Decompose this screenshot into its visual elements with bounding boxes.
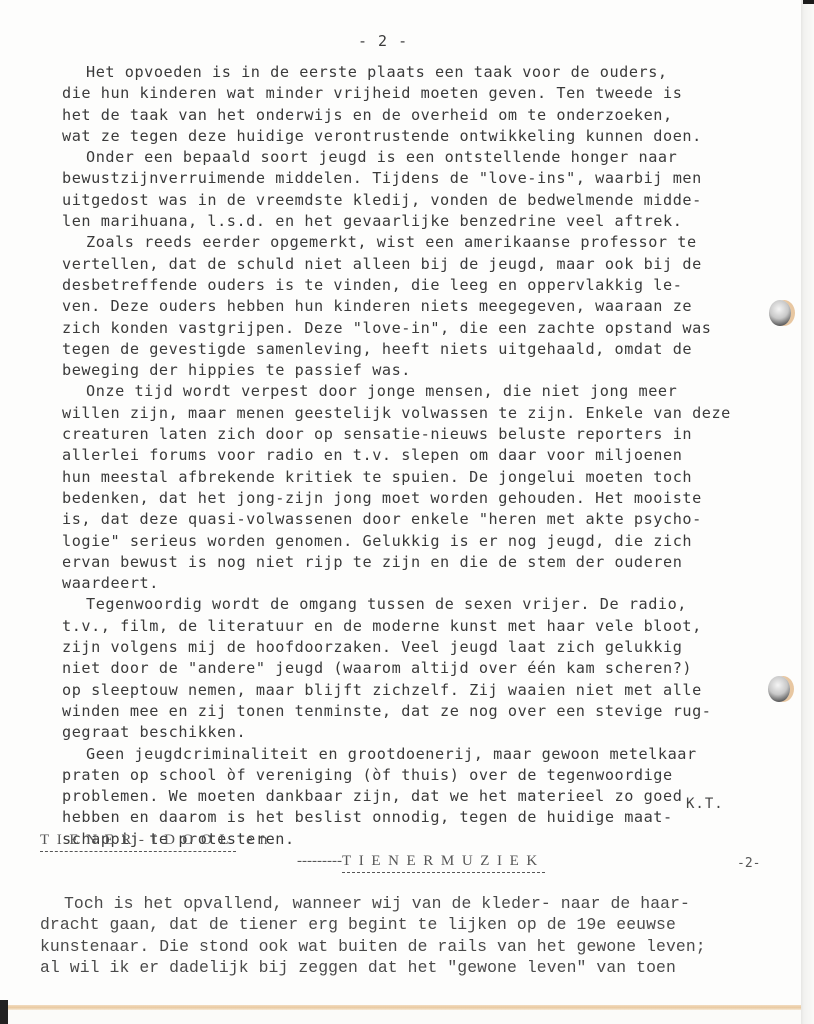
scan-corner bbox=[0, 1000, 8, 1024]
text-line: beweging der hippies te passief was. bbox=[62, 360, 731, 381]
text-line: bewustzijnverruimende middelen. Tijdens … bbox=[62, 168, 731, 189]
text-line: dracht gaan, dat de tiener erg begint te… bbox=[40, 914, 706, 935]
article-2-body: Toch is het opvallend, wanneer wij van d… bbox=[40, 893, 706, 978]
text-line: niet door de "andere" jeugd (waarom alti… bbox=[62, 658, 731, 679]
text-line: die hun kinderen wat minder vrijheid moe… bbox=[62, 83, 731, 104]
text-line: creaturen laten zich door op sensatie-ni… bbox=[62, 424, 731, 445]
text-line: is, dat deze quasi-volwassenen door enke… bbox=[62, 509, 731, 530]
article-title-line-1: TIENER-IDOOLen bbox=[40, 832, 274, 849]
text-line: zijn volgens mij de hoofdoorzaken. Veel … bbox=[62, 637, 731, 658]
text-line: praten op school òf vereniging (òf thuis… bbox=[62, 765, 731, 786]
text-line: Onder een bepaald soort jeugd is een ont… bbox=[62, 147, 731, 168]
article-title-line-2: ---------TIENERMUZIEK bbox=[297, 853, 545, 870]
text-line: Zoals reeds eerder opgemerkt, wist een a… bbox=[62, 232, 731, 253]
scan-border bbox=[803, 0, 814, 4]
title-dashes: --------- bbox=[297, 853, 342, 869]
text-line: desbetreffende ouders is te vinden, die … bbox=[62, 275, 731, 296]
punch-hole bbox=[768, 676, 790, 702]
text-line: willen zijn, maar menen geestelijk volwa… bbox=[62, 403, 731, 424]
text-line: vertellen, dat de schuld niet alleen bij… bbox=[62, 254, 731, 275]
text-line: hebben en daarom is het beslist onnodig,… bbox=[62, 807, 731, 828]
text-line: uitgedost was in de vreemdste kledij, vo… bbox=[62, 190, 731, 211]
text-line: ven. Deze ouders hebben hun kinderen nie… bbox=[62, 296, 731, 317]
text-line: tegen de gevestigde samenleving, heeft n… bbox=[62, 339, 731, 360]
title-part-1: TIENER-IDOOL bbox=[40, 832, 236, 852]
text-line: kunstenaar. Die stond ook wat buiten de … bbox=[40, 936, 706, 957]
text-line: zich konden vastgrijpen. Deze "love-in",… bbox=[62, 318, 731, 339]
text-line: het de taak van het onderwijs en de over… bbox=[62, 105, 731, 126]
text-line: Geen jeugdcriminaliteit en grootdoenerij… bbox=[62, 744, 731, 765]
section-number: -2- bbox=[737, 856, 760, 871]
text-line: Onze tijd wordt verpest door jonge mense… bbox=[62, 381, 731, 402]
text-line: Het opvoeden is in de eerste plaats een … bbox=[62, 62, 731, 83]
text-line: problemen. We moeten dankbaar zijn, dat … bbox=[62, 786, 731, 807]
text-line: al wil ik er dadelijk bij zeggen dat het… bbox=[40, 957, 706, 978]
text-line: Toch is het opvallend, wanneer wij van d… bbox=[40, 893, 706, 914]
page-edge bbox=[801, 0, 814, 1024]
title-conjunction: en bbox=[246, 832, 274, 848]
text-line: bedenken, dat het jong-zijn jong moet wo… bbox=[62, 488, 731, 509]
author-signature: K.T. bbox=[686, 796, 724, 812]
text-line: logie" serieus worden genomen. Gelukkig … bbox=[62, 531, 731, 552]
text-line: allerlei forums voor radio en t.v. slepe… bbox=[62, 445, 731, 466]
article-body: Het opvoeden is in de eerste plaats een … bbox=[62, 62, 731, 850]
text-line: wat ze tegen deze huidige verontrustende… bbox=[62, 126, 731, 147]
text-line: gegraat beschikken. bbox=[62, 722, 731, 743]
text-line: ervan bewust is nog niet rijp te zijn en… bbox=[62, 552, 731, 573]
text-line: op sleeptouw nemen, maar blijft zichzelf… bbox=[62, 680, 731, 701]
punch-hole bbox=[769, 300, 791, 326]
text-line: t.v., film, de literatuur en de moderne … bbox=[62, 616, 731, 637]
text-line: winden mee en zij tonen tenminste, dat z… bbox=[62, 701, 731, 722]
text-line: waardeert. bbox=[62, 573, 731, 594]
text-line: Tegenwoordig wordt de omgang tussen de s… bbox=[62, 594, 731, 615]
title-part-2: TIENERMUZIEK bbox=[342, 853, 545, 873]
page-number: - 2 - bbox=[358, 32, 408, 50]
scan-background bbox=[0, 1010, 801, 1024]
text-line: hun meestal afbrekende kritiek te spuien… bbox=[62, 467, 731, 488]
text-line: len marihuana, l.s.d. en het gevaarlijke… bbox=[62, 211, 731, 232]
